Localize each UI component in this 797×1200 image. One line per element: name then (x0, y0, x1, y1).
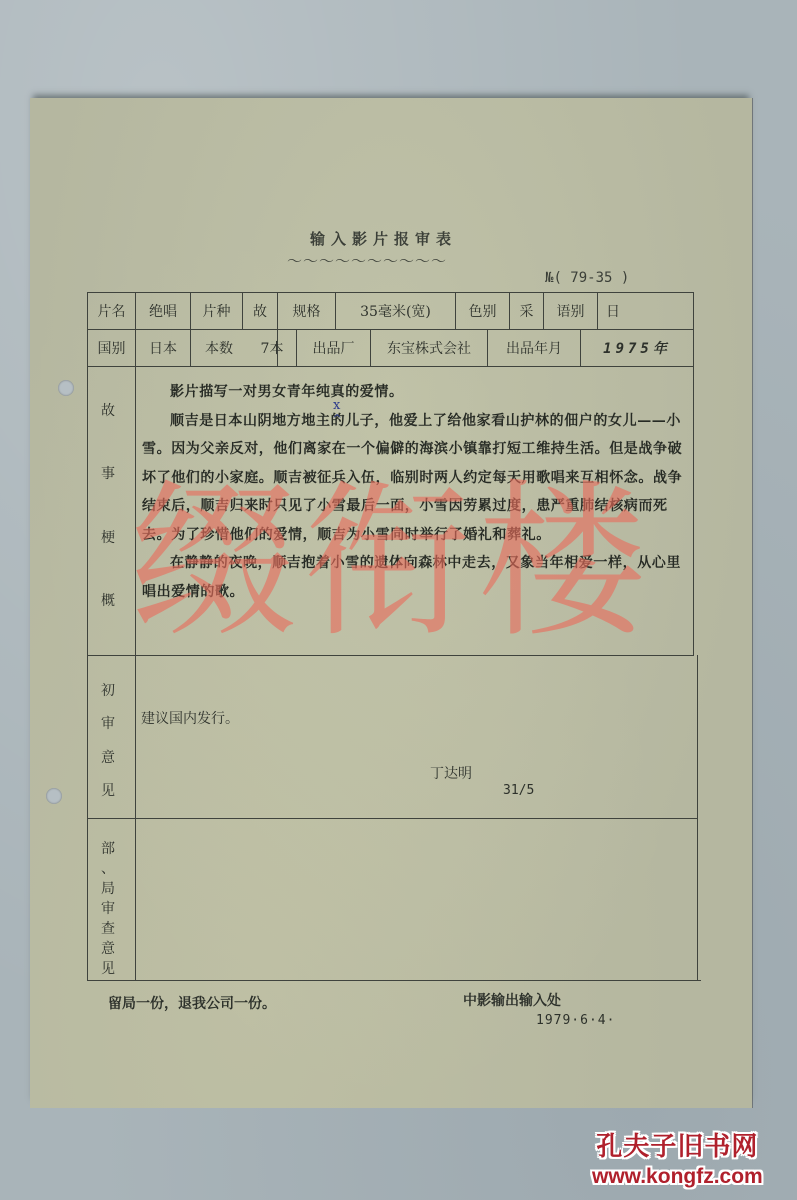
site-name: 孔夫子旧书网 (592, 1126, 763, 1163)
value-language: 日 (598, 293, 628, 329)
label-char: 部 (101, 838, 115, 858)
reviewer-name: 丁达明 (430, 763, 472, 783)
table-border-right (693, 292, 694, 656)
value-film-title: 绝唱 (136, 293, 190, 329)
issue-date: 1979·6·4· (536, 1013, 615, 1028)
label-char: 意 (101, 938, 115, 958)
distribution-note: 留局一份，退我公司一份。 (108, 993, 276, 1013)
label-film-title: 片名 (88, 293, 135, 329)
label-country: 国别 (88, 330, 135, 366)
table-row-divider (87, 366, 694, 367)
table-border-bottom (87, 980, 701, 981)
synopsis-paragraph: 在静静的夜晚，顺吉抱着小雪的遗体向森林中走去，又象当年相爱一样，从心里唱出爱情的… (142, 549, 687, 606)
value-country: 日本 (136, 330, 190, 366)
value-release-date: 1975年 (581, 330, 693, 366)
table-row-divider (87, 818, 697, 819)
value-studio: 东宝株式会社 (371, 330, 487, 366)
label-format: 规格 (278, 293, 335, 329)
value-format: 35毫米(宽) (336, 293, 455, 329)
handwritten-insert-mark: x (333, 398, 340, 413)
synopsis-paragraph: 顺吉是日本山阴地方地主的儿子，他爱上了给他家看山护林的佃户的女儿——小雪。因为父… (142, 407, 687, 550)
label-color: 色别 (456, 293, 509, 329)
table-border-right (697, 655, 698, 980)
issuing-organization: 中影输出输入处 (463, 990, 561, 1010)
label-char: 、 (101, 858, 115, 878)
value-film-type: 故 (243, 293, 277, 329)
ministry-review-label: 部 、 局 审 查 意 见 (88, 838, 128, 978)
label-language: 语别 (544, 293, 597, 329)
label-char: 见 (101, 780, 115, 800)
label-char: 审 (101, 713, 115, 733)
label-char: 故 (101, 400, 115, 420)
synopsis-label: 故 事 梗 概 (88, 400, 128, 610)
site-logo: 孔夫子旧书网 www.kongfz.com (592, 1126, 763, 1189)
document-number: №( 79-35 ) (545, 270, 629, 286)
label-film-type: 片种 (191, 293, 242, 329)
label-char: 查 (101, 918, 115, 938)
punch-hole (58, 380, 74, 396)
label-char: 初 (101, 680, 115, 700)
label-char: 见 (101, 958, 115, 978)
review-date: 31/5 (503, 783, 534, 798)
punch-hole (46, 788, 62, 804)
label-char: 梗 (101, 527, 115, 547)
label-release-date: 出品年月 (488, 330, 580, 366)
label-char: 审 (101, 898, 115, 918)
label-column-divider (135, 292, 136, 980)
value-reel-count: 7本 (248, 330, 296, 366)
label-char: 局 (101, 878, 115, 898)
document-number-value: ( 79-35 ) (553, 270, 629, 286)
title-underline: ～～～～～～～～～～ (287, 250, 447, 271)
synopsis-paragraph: 影片描写一对男女青年纯真的爱情。 (142, 378, 687, 407)
label-char: 意 (101, 747, 115, 767)
label-studio: 出品厂 (297, 330, 370, 366)
site-url: www.kongfz.com (592, 1165, 763, 1189)
initial-review-opinion: 建议国内发行。 (141, 708, 239, 728)
label-char: 事 (101, 463, 115, 483)
handwritten-caret-mark: ^ (332, 412, 342, 426)
synopsis-text: 影片描写一对男女青年纯真的爱情。 顺吉是日本山阴地方地主的儿子，他爱上了给他家看… (142, 378, 687, 606)
initial-review-label: 初 审 意 见 (88, 680, 128, 800)
table-row-divider (87, 655, 694, 656)
label-char: 概 (101, 590, 115, 610)
label-reel-count: 本数 (191, 330, 247, 366)
value-color: 采 (510, 293, 543, 329)
form-title: 输入影片报审表 (310, 228, 457, 249)
